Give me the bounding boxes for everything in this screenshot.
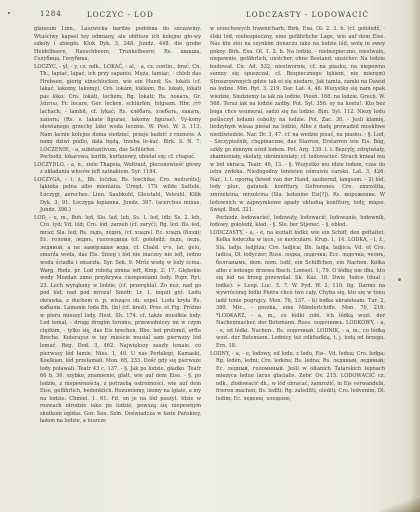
page-corner-edge xyxy=(380,498,420,512)
entry-loczyc: LOCZYC, - ył, - y, cz. ndk., LOKAĆ, - al… xyxy=(34,64,201,155)
page-header: 1284 LOCZYC - LOD LODCZASTY - LODOWACIĆ xyxy=(0,10,420,22)
entry-loczyga: LOCZYGA, - i, ż., Bh. loczka; Rs. loschi… xyxy=(34,177,201,215)
entry-continuation: w orzechowych trawnicharh. Birk. Exa. Ol… xyxy=(210,26,385,215)
right-running-head: LODCZASTY - LODOWACIĆ xyxy=(246,10,369,19)
entry-lodny: LODNY, - a, - e, lodowy, od lodu, z lodu… xyxy=(210,351,385,404)
page-number: 1284 xyxy=(40,10,62,18)
left-column: glaneum Linn., Laszwicka bardzo podobna … xyxy=(34,26,201,426)
entry-derivation: Pochodz. łodowacieć, łodowaty, łodowacić… xyxy=(210,215,385,230)
page-gutter-shadow xyxy=(410,0,420,512)
entry-lod: LOD, - u, m., Boh. led, Slo. lad, leb, S… xyxy=(34,215,201,426)
right-column: w orzechowych trawnicharh. Birk. Exa. Ol… xyxy=(210,26,385,403)
entry-derivation: Pochodz. łokarowa, kurlik, kurlanowy, ub… xyxy=(34,154,201,162)
scan-speck xyxy=(398,278,401,281)
entry-continuation: glaneum Linn., Laszwicka bardzo podobna … xyxy=(34,26,201,64)
entry-lodczasty: LODCZASTY, - a, - e, na kształt łódki; w… xyxy=(210,230,385,351)
scanned-dictionary-page: 1284 LOCZYC - LOD LODCZASTY - LODOWACIĆ … xyxy=(0,0,420,512)
entry-loczydlo: LOCZYDLO, - a, n., ziele Thapsia, Woltra… xyxy=(34,162,201,177)
left-running-head: LOCZYC - LOD xyxy=(87,10,154,19)
